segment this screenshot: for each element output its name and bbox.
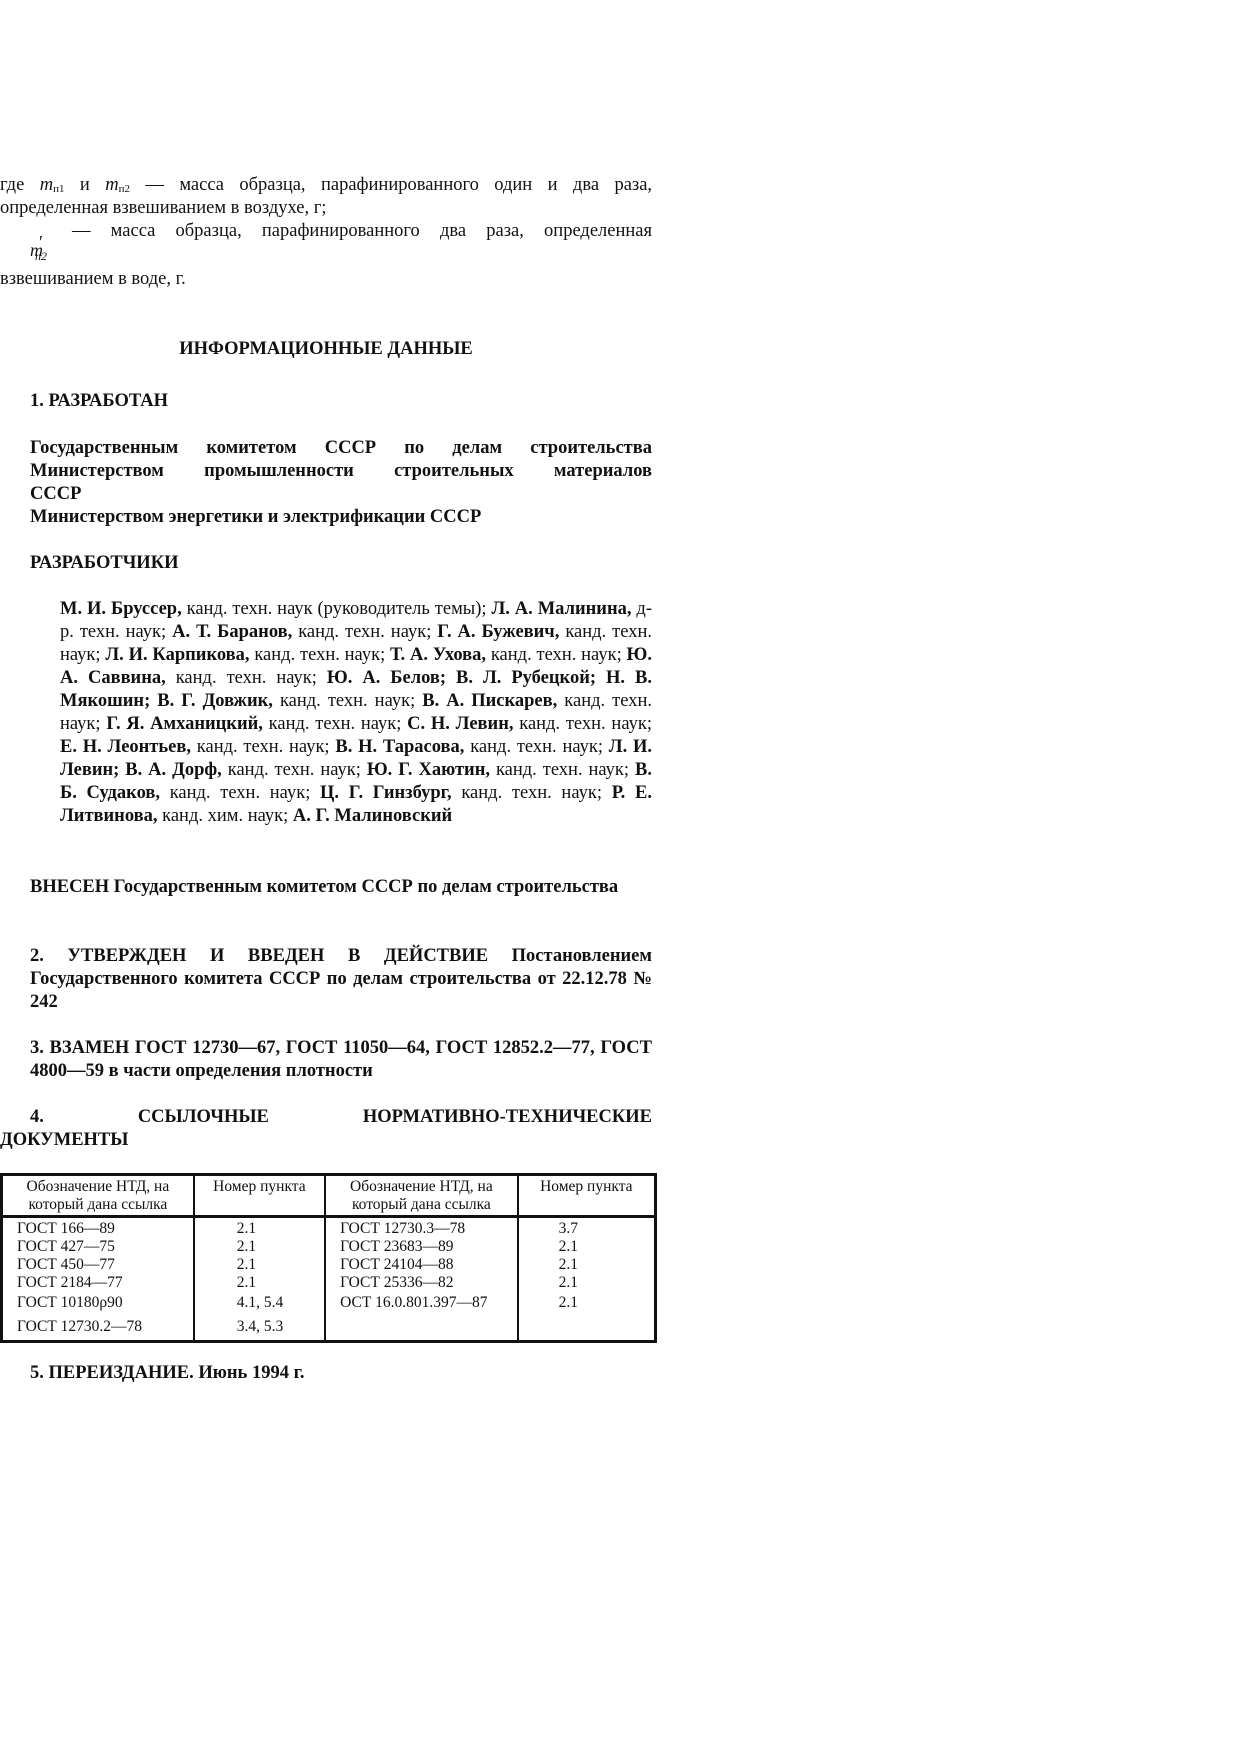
item1-org3: Министерством энергетики и электрификаци…	[30, 506, 481, 529]
developers-heading: РАЗРАБОТЧИКИ	[30, 552, 179, 575]
reference-documents-table: Обозначение НТД, на который дана ссылка …	[0, 1173, 657, 1343]
developer-name: Е. Н. Леонтьев,	[60, 737, 191, 757]
text: и	[80, 175, 90, 195]
intro-line-2: определенная взвешиванием в воздухе, г;	[0, 197, 652, 220]
table-header-row: Обозначение НТД, на который дана ссылка …	[2, 1175, 656, 1217]
developer-degree: канд. техн. наук;	[263, 714, 407, 734]
developer-name: Ц. Г. Гинзбург,	[320, 783, 452, 803]
formula-m-prime-p2: m′п2	[30, 240, 59, 261]
developer-name: Л. А. Малинина,	[491, 599, 631, 619]
developer-degree: канд. техн. наук;	[191, 737, 335, 757]
developer-degree: канд. техн. наук;	[464, 737, 608, 757]
clause-number: 2.1	[559, 1256, 654, 1274]
clause-number: 4.1, 5.4	[237, 1292, 324, 1316]
clause-number: 2.1	[237, 1220, 324, 1238]
developer-degree: канд. техн. наук;	[292, 622, 437, 642]
developer-degree: канд. техн. наук;	[486, 645, 627, 665]
developer-name: А. Г. Малиновский	[293, 806, 452, 826]
item4-heading-cont: ДОКУМЕНТЫ	[0, 1129, 128, 1152]
developer-name: М. И. Бруссер,	[60, 599, 182, 619]
item4-heading: 4. ССЫЛОЧНЫЕ НОРМАТИВНО-ТЕХНИЧЕСКИЕ	[30, 1106, 652, 1129]
developer-name: В. Н. Тарасова,	[335, 737, 464, 757]
clause-number: 2.1	[559, 1274, 654, 1292]
developer-degree: канд. техн. наук;	[160, 783, 320, 803]
text: НОРМАТИВНО-ТЕХНИЧЕСКИЕ	[363, 1106, 652, 1129]
ntd-designation: ГОСТ 12730.2—78	[17, 1316, 193, 1340]
developer-degree: канд. техн. наук;	[250, 645, 391, 665]
clause-number: 3.4, 5.3	[237, 1316, 324, 1340]
item2-heading: 2. УТВЕРЖДЕН И ВВЕДЕН В ДЕЙСТВИЕ	[30, 946, 488, 966]
developer-degree: канд. техн. наук;	[166, 668, 327, 688]
text: — масса образца, парафинированного один …	[145, 175, 652, 195]
right-doc-column: ГОСТ 12730.3—78ГОСТ 23683—89ГОСТ 24104—8…	[325, 1217, 518, 1342]
introduced-by: ВНЕСЕН Государственным комитетом СССР по…	[30, 876, 652, 899]
symbol-m-p2: mп2	[105, 175, 130, 195]
item1-org2: Министерством промышленности строительны…	[30, 460, 652, 483]
ntd-designation: ГОСТ 450—77	[17, 1256, 193, 1274]
header-clause-right: Номер пункта	[518, 1175, 656, 1217]
item2-approved: 2. УТВЕРЖДЕН И ВВЕДЕН В ДЕЙСТВИЕ Постано…	[30, 945, 652, 1014]
clause-number: 2.1	[559, 1238, 654, 1256]
symbol-m-p1: mп1	[40, 175, 65, 195]
item5-reissue: 5. ПЕРЕИЗДАНИЕ. Июнь 1994 г.	[30, 1362, 305, 1385]
developer-name: С. Н. Левин,	[407, 714, 513, 734]
intro-line-3: — масса образца, парафинированного два р…	[72, 220, 652, 243]
ntd-designation: ГОСТ 427—75	[17, 1238, 193, 1256]
clause-number: 2.1	[559, 1292, 654, 1316]
developer-degree: канд. техн. наук (руководитель темы);	[182, 599, 492, 619]
developers-list: М. И. Бруссер, канд. техн. наук (руковод…	[60, 598, 652, 828]
clause-number: 2.1	[237, 1256, 324, 1274]
item4-number: 4.	[30, 1106, 44, 1129]
ntd-designation: ГОСТ 10180ρ90	[17, 1292, 193, 1316]
item1-heading: 1. РАЗРАБОТАН	[30, 390, 168, 413]
developer-name: В. А. Пискарев,	[422, 691, 557, 711]
left-doc-column: ГОСТ 166—89ГОСТ 427—75ГОСТ 450—77ГОСТ 21…	[2, 1217, 194, 1342]
ntd-designation: ГОСТ 2184—77	[17, 1274, 193, 1292]
header-doc-right: Обозначение НТД, на который дана ссылка	[325, 1175, 518, 1217]
developer-name: А. Т. Баранов,	[172, 622, 292, 642]
developer-degree: канд. техн. наук;	[452, 783, 612, 803]
item1-org2-cont: СССР	[30, 483, 81, 506]
developer-name: Г. А. Бужевич,	[437, 622, 559, 642]
developer-degree: канд. хим. наук;	[158, 806, 293, 826]
text: ССЫЛОЧНЫЕ	[138, 1106, 269, 1129]
ntd-designation: ГОСТ 12730.3—78	[340, 1220, 517, 1238]
developer-degree: канд. техн. наук;	[490, 760, 635, 780]
intro-line-4: взвешиванием в воде, г.	[0, 268, 652, 291]
section-title: ИНФОРМАЦИОННЫЕ ДАННЫЕ	[0, 338, 652, 361]
document-page: где mп1 и mп2 — масса образца, парафинир…	[0, 0, 1240, 1753]
ntd-designation: ГОСТ 25336—82	[340, 1274, 517, 1292]
clause-number: 2.1	[237, 1274, 324, 1292]
developer-name: Г. Я. Амханицкий,	[106, 714, 263, 734]
text: где	[0, 175, 24, 195]
developer-degree: канд. техн. наук;	[513, 714, 652, 734]
ntd-designation: ГОСТ 166—89	[17, 1220, 193, 1238]
developer-name: Т. А. Ухова,	[390, 645, 486, 665]
header-clause-left: Номер пункта	[194, 1175, 325, 1217]
table-body: ГОСТ 166—89ГОСТ 427—75ГОСТ 450—77ГОСТ 21…	[2, 1217, 656, 1342]
ntd-designation: ОСТ 16.0.801.397—87	[340, 1292, 517, 1316]
developer-degree: канд. техн. наук;	[273, 691, 422, 711]
developer-name: Л. И. Карпикова,	[105, 645, 249, 665]
item1-org1: Государственным комитетом СССР по делам …	[30, 437, 652, 460]
left-clause-column: 2.12.12.12.14.1, 5.43.4, 5.3	[194, 1217, 325, 1342]
clause-number: 2.1	[237, 1238, 324, 1256]
ntd-designation: ГОСТ 23683—89	[340, 1238, 517, 1256]
header-doc-left: Обозначение НТД, на который дана ссылка	[2, 1175, 194, 1217]
developer-degree: канд. техн. наук;	[222, 760, 367, 780]
right-clause-column: 3.72.12.12.12.1	[518, 1217, 656, 1342]
clause-number: 3.7	[559, 1220, 654, 1238]
developer-name: Ю. Г. Хаютин,	[367, 760, 490, 780]
item3-replaces: 3. ВЗАМЕН ГОСТ 12730—67, ГОСТ 11050—64, …	[30, 1037, 652, 1083]
ntd-designation: ГОСТ 24104—88	[340, 1256, 517, 1274]
